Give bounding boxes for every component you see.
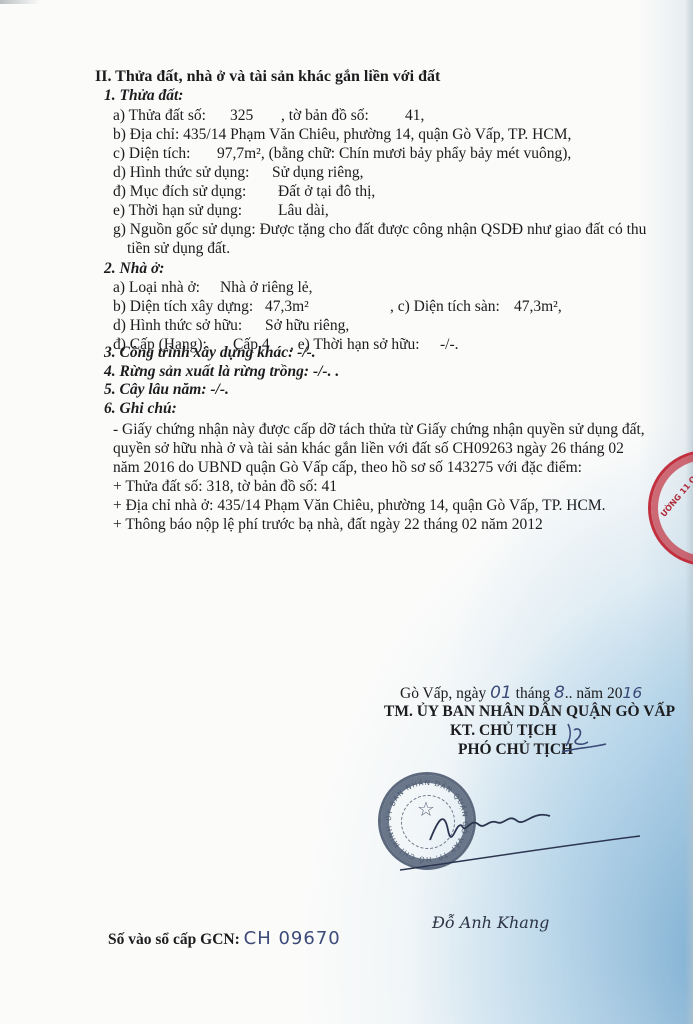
date-month: 8: [554, 683, 565, 703]
land-parcel-number: 325: [230, 107, 253, 125]
house-heading: 2. Nhà ở:: [104, 260, 164, 278]
red-seal-text: ƯỜNG 11 Q.GÒ: [659, 462, 693, 519]
land-map-label: , tờ bản đồ số:: [281, 107, 369, 125]
land-usage-form-label: d) Hình thức sử dụng:: [113, 164, 250, 182]
land-purpose-value: Đất ở tại đô thị,: [278, 183, 375, 201]
page-corner-shadow: [0, 0, 40, 4]
land-heading: 1. Thửa đất:: [104, 87, 183, 105]
house-floor-area-label: , c) Diện tích sàn:: [390, 298, 500, 316]
registry-number: CH 09670: [244, 928, 341, 949]
note-line-5: + Địa chỉ nhà ở: 435/14 Phạm Văn Chiêu, …: [113, 497, 606, 515]
land-origin-value: Được tặng cho đất được công nhận QSDĐ nh…: [260, 221, 647, 238]
initial-mark: [560, 718, 610, 758]
land-origin-row: g) Nguồn gốc sử dụng: Được tặng cho đất …: [113, 221, 646, 239]
note-line-2: quyền sở hữu nhà ở và tài sản khác gắn l…: [113, 440, 624, 458]
perennial-trees: 5. Cây lâu năm: -/-.: [104, 381, 229, 399]
land-parcel-row: a) Thửa đất số:: [113, 107, 206, 125]
note-line-4: + Thửa đất số: 318, tờ bản đồ số: 41: [113, 478, 337, 496]
note-line-3: năm 2016 do UBND quận Gò Vấp cấp, theo h…: [113, 459, 582, 477]
land-origin-value-cont: tiền sử dụng đất.: [127, 240, 230, 258]
signer-title-2: PHÓ CHỦ TỊCH: [458, 741, 573, 759]
house-build-area-value: 47,3m²: [265, 298, 309, 316]
land-term-label: e) Thời hạn sử dụng:: [113, 202, 242, 220]
land-purpose-label: đ) Mục đích sử dụng:: [113, 183, 246, 201]
signer-name: Đỗ Anh Khang: [432, 914, 549, 932]
house-floor-area-value: 47,3m²,: [514, 298, 562, 316]
signature: [400, 800, 660, 880]
house-type-label: a) Loại nhà ở:: [113, 279, 200, 297]
land-parcel-label: a) Thửa đất số:: [113, 107, 206, 124]
place-date-prefix: Gò Vấp, ngày: [400, 685, 486, 702]
planted-forest: 4. Rừng sản xuất là rừng trồng: -/-. .: [104, 363, 339, 381]
house-build-area-label: b) Diện tích xây dựng:: [113, 298, 253, 316]
month-label: tháng: [516, 685, 550, 702]
land-area-label: c) Diện tích:: [113, 145, 190, 163]
land-origin-label: g) Nguồn gốc sử dụng:: [113, 221, 256, 238]
house-ownership-label: d) Hình thức sở hữu:: [113, 317, 242, 335]
house-type-value: Nhà ở riêng lẻ,: [220, 279, 313, 297]
land-address-label: b) Địa chỉ:: [113, 126, 179, 143]
house-ownership-value: Sở hữu riêng,: [265, 317, 349, 335]
signer-title-1: KT. CHỦ TỊCH: [450, 722, 557, 740]
land-usage-form-value: Sử dụng riêng,: [272, 164, 364, 182]
house-ownership-term-value: -/-.: [440, 336, 459, 354]
year-label: năm 20: [576, 685, 622, 702]
land-area-value: 97,7m², (bằng chữ: Chín mươi bảy phẩy bả…: [217, 145, 571, 163]
land-map-number: 41,: [405, 107, 424, 125]
registry-row: Số vào sổ cấp GCN: CH 09670: [108, 930, 341, 949]
registry-label: Số vào sổ cấp GCN:: [108, 931, 240, 948]
land-term-value: Lâu dài,: [278, 202, 329, 220]
date-day: 01: [490, 683, 512, 703]
issuing-authority: TM. ỦY BAN NHÂN DÂN QUẬN GÒ VẤP: [384, 703, 675, 721]
section-title: II. Thửa đất, nhà ở và tài sản khác gắn …: [95, 68, 440, 86]
note-line-6: + Thông báo nộp lệ phí trước bạ nhà, đất…: [113, 516, 543, 534]
date-year-suffix: 16: [622, 684, 642, 702]
other-works: 3. Công trình xây dựng khác: -/-.: [104, 344, 316, 362]
note-line-1: - Giấy chứng nhận này được cấp dỡ tách t…: [113, 421, 645, 439]
land-address-row: b) Địa chỉ: 435/14 Phạm Văn Chiêu, phườn…: [113, 126, 571, 144]
notes-heading: 6. Ghi chú:: [104, 400, 177, 418]
land-address-value: 435/14 Phạm Văn Chiêu, phường 14, quận G…: [183, 126, 571, 143]
place-date-line: Gò Vấp, ngày 01 tháng 8.. năm 2016: [400, 684, 642, 703]
